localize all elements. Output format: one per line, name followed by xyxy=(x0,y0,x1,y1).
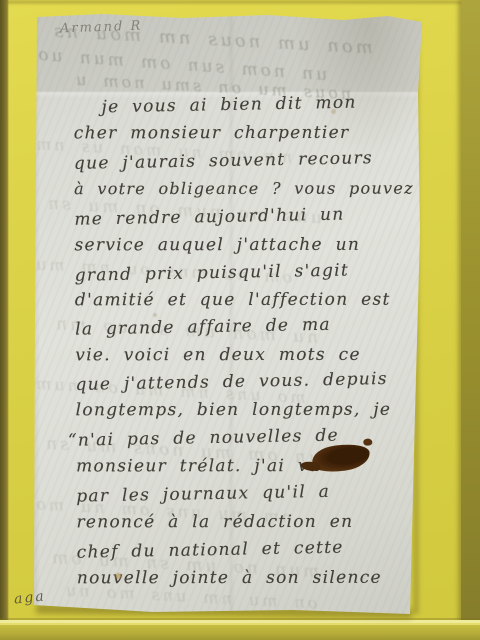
handwritten-line: par les journaux qu'il a xyxy=(76,482,330,507)
foxing-spot xyxy=(153,313,157,317)
handwritten-line: vie. voici en deux mots ce xyxy=(75,345,361,365)
foxing-spot xyxy=(115,573,122,579)
mat-top-shadow xyxy=(0,0,480,4)
handwritten-line: que j'attends de vous. depuis xyxy=(75,369,388,395)
handwritten-line: renoncé à la rédaction en xyxy=(76,512,353,532)
handwritten-line: cher monsieur charpentier xyxy=(74,123,350,143)
handwritten-line: “n'ai pas de nouvelles de xyxy=(68,426,339,451)
mat-right-dark-band xyxy=(461,0,480,640)
handwritten-line: d'amitié et que l'affection est xyxy=(75,290,391,311)
handwritten-line: nouvelle jointe à son silence xyxy=(77,568,382,589)
mat-fold-ridge xyxy=(0,618,480,625)
mat-bottom-band xyxy=(0,625,480,640)
handwritten-line: grand prix puisqu'il s'agit xyxy=(75,260,350,285)
handwritten-line: me rendre aujourd'hui un xyxy=(74,205,345,230)
handwriting-block: je vous ai bien dit mon cher monsieur ch… xyxy=(31,12,425,618)
handwritten-line: je vous ai bien dit mon xyxy=(101,93,356,118)
handwritten-line: chef du national et cette xyxy=(76,538,343,563)
handwritten-line: longtemps, bien longtemps, je xyxy=(76,400,392,421)
handwritten-line: service auquel j'attache un xyxy=(74,235,360,255)
pencil-squiggle: aga xyxy=(13,588,46,607)
handwritten-line: la grande affaire de ma xyxy=(75,315,331,340)
letter-page: mon um nous nm mou ns un nom sun om mun … xyxy=(33,13,423,616)
foxing-spot xyxy=(331,109,336,114)
handwritten-line: à votre obligeance ? vous pouvez xyxy=(74,179,414,199)
handwritten-line: que j'aurais souvent recours xyxy=(74,148,373,174)
handwritten-line: monsieur trélat. j'ai vu xyxy=(76,456,321,476)
photo-of-letter: mon um nous nm mou ns un nom sun om mun … xyxy=(0,0,480,640)
mat-left-dark-edge xyxy=(0,0,9,640)
